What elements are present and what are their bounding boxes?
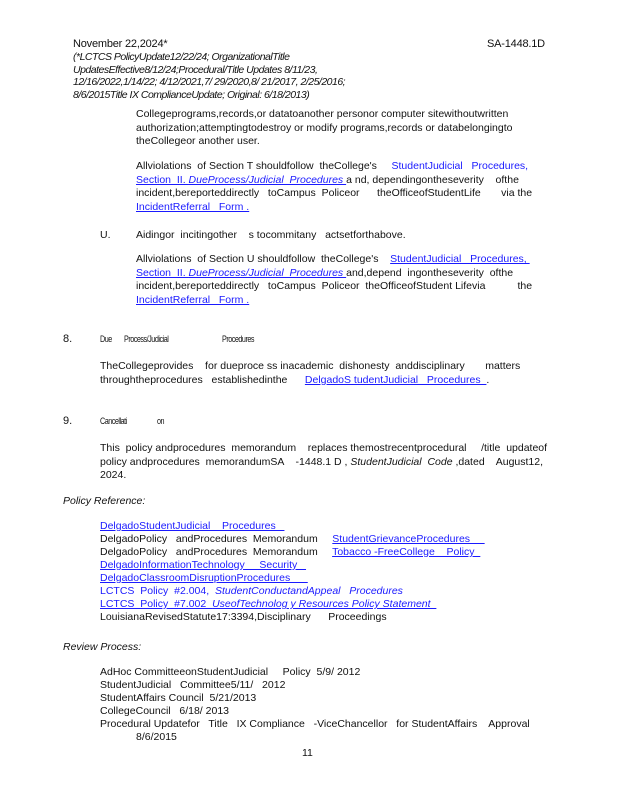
link-text-italic: DueProcess/Judicial Procedures — [189, 174, 347, 186]
update-notes: (*LCTCS PolicyUpdate12/22/24; Organizati… — [73, 51, 345, 101]
link-text: LCTCS Policy #2.004, — [100, 585, 215, 597]
section-t-violations: Allviolations of Section T shouldfollow … — [136, 160, 532, 214]
text: and,depend ingontheseverity ofthe — [346, 267, 513, 279]
document-date: November 22,2024* — [73, 38, 167, 50]
link-text-italic: StudentConductandAppeal Procedures — [215, 585, 403, 597]
policy-reference-list: DelgadoStudentJudicial Procedures Delgad… — [100, 520, 485, 624]
classroom-disruption-procedures-link[interactable]: DelgadoClassroomDisruptionProcedures — [100, 572, 308, 584]
review-item: StudentJudicial Committee5/11/ 2012 — [100, 679, 530, 692]
section-8-text: TheCollegeprovides for dueproce ss inaca… — [100, 360, 520, 387]
review-item: Procedural Updatefor Title IX Compliance… — [100, 718, 530, 731]
review-item: CollegeCouncil 6/18/ 2013 — [100, 705, 530, 718]
student-judicial-procedures-link[interactable]: StudentJudicial Procedures, — [390, 253, 530, 265]
tobacco-free-college-policy-link[interactable]: Tobacco -FreeCollege Policy — [332, 546, 480, 558]
text-line: 2024. — [100, 469, 547, 483]
section-8-number: 8. — [63, 333, 72, 345]
student-judicial-code-title: StudentJudicial Code — [350, 456, 452, 468]
text: . — [486, 374, 489, 386]
section-9-number: 9. — [63, 415, 72, 427]
update-note-line: 8/6/2015Title IX ComplianceUpdate; Origi… — [73, 89, 345, 102]
title-part: on — [157, 416, 164, 426]
text: policy andprocedures memorandumSA -1448.… — [100, 456, 350, 468]
link-text-italic: UseofTechnolog y Resources Policy Statem… — [212, 598, 436, 610]
policy-reference-item: DelgadoInformationTechnology Security — [100, 559, 485, 572]
lctcs-policy-7002-link[interactable]: LCTCS Policy #7.002 UseofTechnolog y Res… — [100, 598, 436, 610]
update-note-line: UpdatesEffective8/12/24;Procedural/Title… — [73, 64, 345, 77]
student-grievance-procedures-link[interactable]: StudentGrievanceProcedures — [332, 533, 484, 545]
text: LouisianaRevisedStatute17:3394,Disciplin… — [100, 611, 387, 623]
policy-reference-item: LouisianaRevisedStatute17:3394,Disciplin… — [100, 611, 485, 624]
text-line: Collegeprograms,records,or datatoanother… — [136, 108, 512, 122]
link-text: LCTCS Policy #7.002 — [100, 598, 212, 610]
link-text-italic: DueProcess/Judicial Procedures — [189, 267, 347, 279]
update-note-line: (*LCTCS PolicyUpdate12/22/24; Organizati… — [73, 51, 345, 64]
text: Allviolations of Section T shouldfollow … — [136, 160, 392, 172]
review-process-list: AdHoc CommitteeonStudentJudicial Policy … — [100, 666, 530, 744]
review-item: AdHoc CommitteeonStudentJudicial Policy … — [100, 666, 530, 679]
text: ,dated August12, — [453, 456, 544, 468]
policy-reference-item: LCTCS Policy #2.004, StudentConductandAp… — [100, 585, 485, 598]
text-line: TheCollegeprovides for dueproce ss inaca… — [100, 360, 520, 374]
text-line: incident,bereporteddirectly toCampus Pol… — [136, 280, 532, 294]
due-process-link[interactable]: Section II. DueProcess/Judicial Procedur… — [136, 267, 346, 279]
review-process-heading: Review Process: — [63, 641, 141, 655]
policy-reference-item: DelgadoStudentJudicial Procedures — [100, 520, 485, 533]
text: a nd, dependingontheseverity ofthe — [346, 174, 519, 186]
text-line: authorization;attemptingtodestroy or mod… — [136, 122, 512, 136]
policy-reference-heading: Policy Reference: — [63, 495, 145, 509]
incident-referral-form-link[interactable]: IncidentReferral Form . — [136, 201, 249, 213]
review-item: StudentAffairs Council 5/21/2013 — [100, 692, 530, 705]
delgado-student-judicial-procedures-link[interactable]: DelgadoStudentJudicial Procedures — [100, 520, 284, 532]
text: Allviolations of Section U shouldfollow … — [136, 253, 390, 265]
policy-reference-item: DelgadoPolicy andProcedures Memorandum T… — [100, 546, 485, 559]
section-u-text: Aidingor incitingother s tocommitany act… — [136, 229, 406, 243]
lctcs-policy-2004-link[interactable]: LCTCS Policy #2.004, StudentConductandAp… — [100, 585, 403, 597]
title-part: Process/Judicial — [124, 334, 168, 344]
section-t-text: Collegeprograms,records,or datatoanother… — [136, 108, 512, 149]
due-process-link[interactable]: Section II. DueProcess/Judicial Procedur… — [136, 174, 346, 186]
section-u-letter: U. — [100, 229, 111, 243]
text-line: theCollegeor another user. — [136, 135, 512, 149]
section-9-text: This policy andprocedures memorandum rep… — [100, 442, 547, 483]
text-line: incident,bereporteddirectly toCampus Pol… — [136, 187, 532, 201]
title-part: Due — [100, 334, 112, 344]
title-part: Procedures — [222, 334, 254, 344]
policy-reference-item: LCTCS Policy #7.002 UseofTechnolog y Res… — [100, 598, 485, 611]
text: DelgadoPolicy andProcedures Memorandum — [100, 546, 332, 558]
title-part: Cancellati — [100, 416, 127, 426]
document-id: SA-1448.1D — [487, 38, 545, 50]
student-judicial-procedures-link[interactable]: StudentJudicial Procedures, — [392, 160, 529, 172]
incident-referral-form-link[interactable]: IncidentReferral Form . — [136, 294, 249, 306]
review-item-continuation: 8/6/2015 — [100, 731, 530, 744]
information-technology-security-link[interactable]: DelgadoInformationTechnology Security — [100, 559, 306, 571]
text: throughtheprocedures establishedinthe — [100, 374, 305, 386]
update-note-line: 12/16/2022,1/14/22; 4/12/2021,7/ 29/2020… — [73, 76, 345, 89]
policy-reference-item: DelgadoPolicy andProcedures Memorandum S… — [100, 533, 485, 546]
policy-reference-item: DelgadoClassroomDisruptionProcedures — [100, 572, 485, 585]
delgado-student-judicial-procedures-link[interactable]: DelgadoS tudentJudicial Procedures — [305, 374, 487, 386]
text-line: This policy andprocedures memorandum rep… — [100, 442, 547, 456]
link-text: Section II. — [136, 174, 189, 186]
section-u-violations: Allviolations of Section U shouldfollow … — [136, 253, 532, 307]
text: DelgadoPolicy andProcedures Memorandum — [100, 533, 332, 545]
page-number: 11 — [302, 747, 313, 761]
link-text: Section II. — [136, 267, 189, 279]
